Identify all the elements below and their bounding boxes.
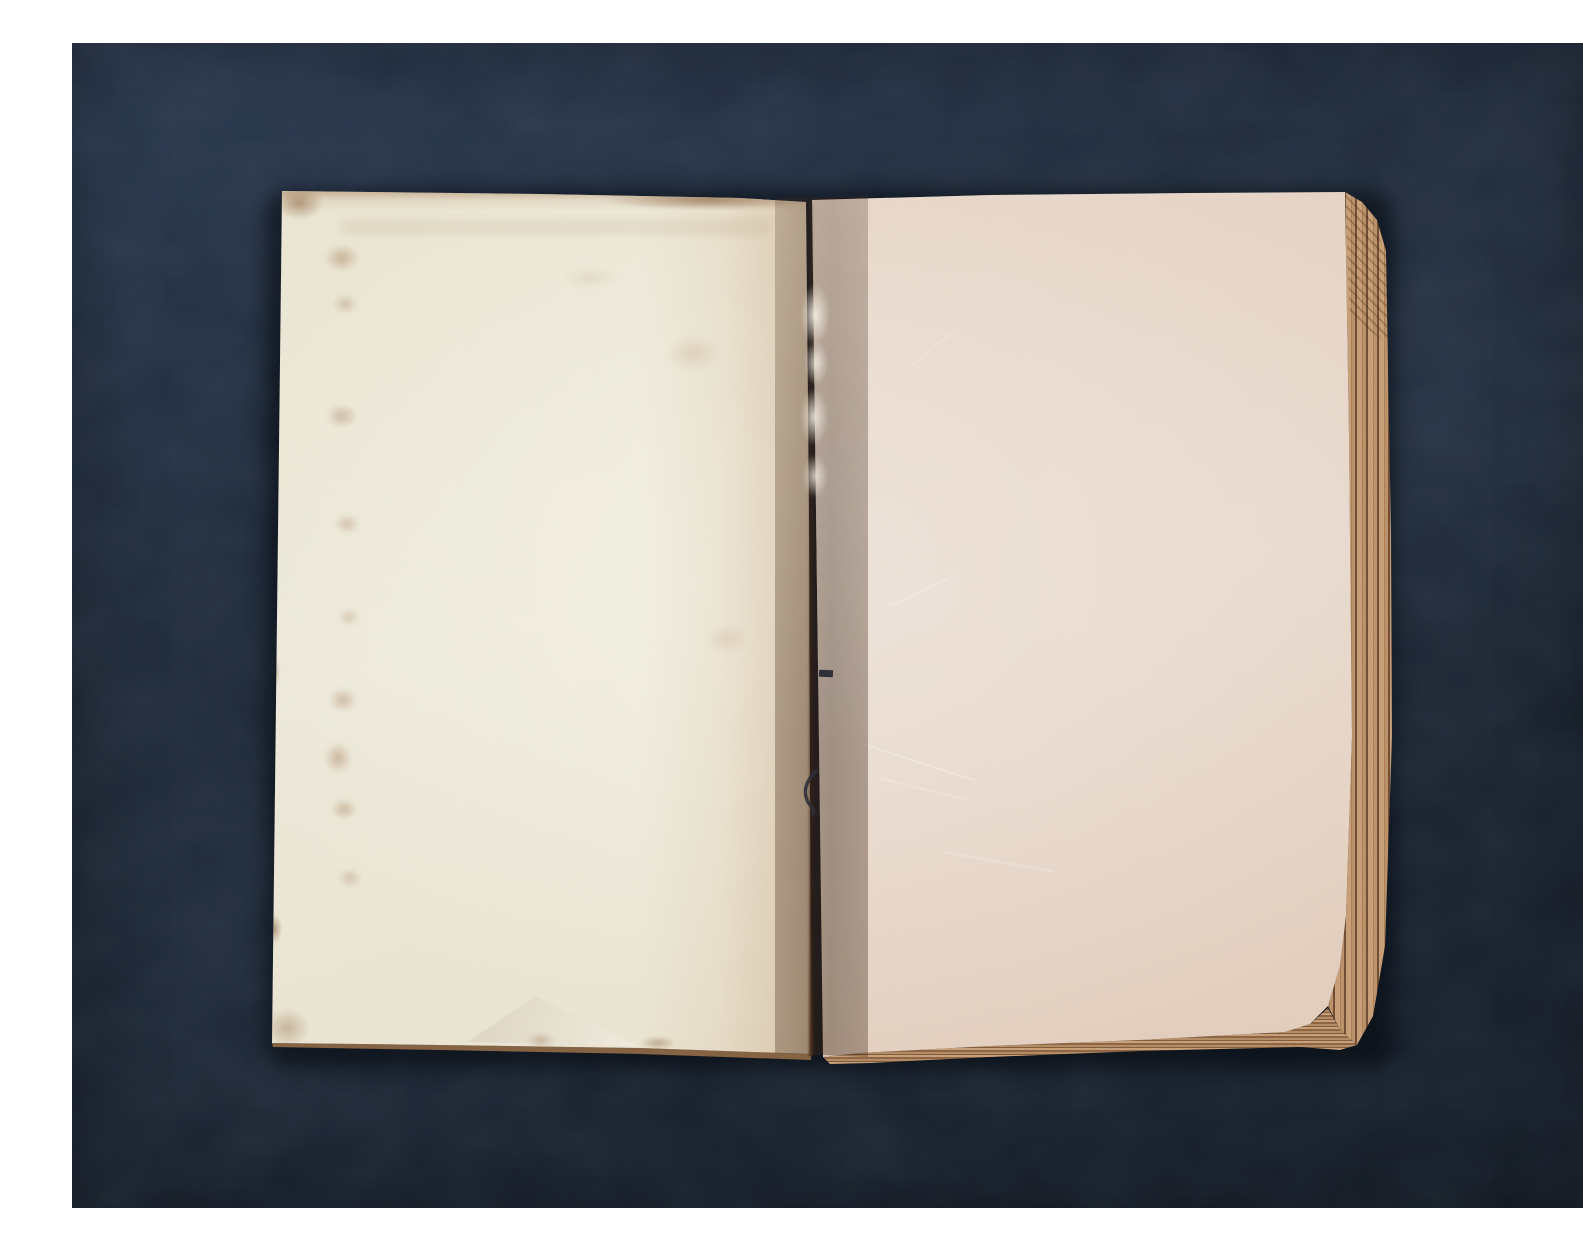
gutter-glue-residue (792, 284, 838, 524)
left-page-smudge-band (340, 219, 770, 235)
thread-hook-mark (800, 768, 826, 816)
ink-dash-mark (819, 670, 833, 677)
book-photograph: An open antique book with two blank, age… (40, 16, 1583, 1238)
